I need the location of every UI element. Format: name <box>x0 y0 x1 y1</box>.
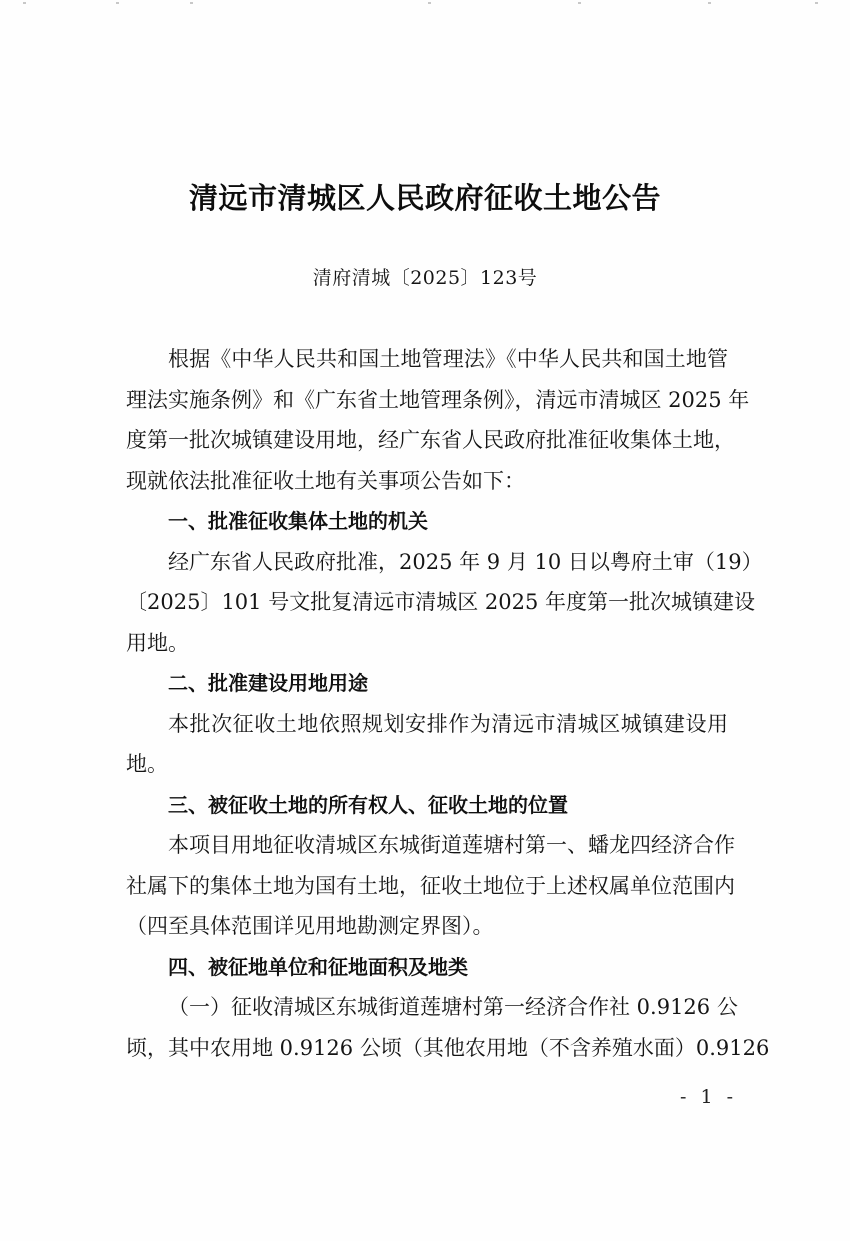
section-2-line: 本批次征收土地依照规划安排作为清远市清城区城镇建设用 <box>126 704 728 745</box>
scan-speck <box>578 2 581 4</box>
section-heading-2: 二、批准建设用地用途 <box>126 663 728 704</box>
page-number: - 1 - <box>680 1086 737 1108</box>
intro-line: 现就依法批准征收土地有关事项公告如下： <box>126 461 728 502</box>
section-heading-3: 三、被征收土地的所有权人、征收土地的位置 <box>126 785 728 826</box>
section-heading-4: 四、被征地单位和征地面积及地类 <box>126 947 728 988</box>
section-2-line: 地。 <box>126 744 728 785</box>
section-1-line: 〔2025〕101 号文批复清远市清城区 2025 年度第一批次城镇建设 <box>126 582 728 623</box>
scan-artifacts <box>0 0 850 8</box>
section-3-line: 本项目用地征收清城区东城街道莲塘村第一、蟠龙四经济合作 <box>126 825 728 866</box>
section-4-line: （一）征收清城区东城街道莲塘村第一经济合作社 0.9126 公 <box>126 987 728 1028</box>
scan-speck <box>428 2 431 4</box>
scan-speck <box>116 2 119 4</box>
section-3-line: （四至具体范围详见用地勘测定界图）。 <box>126 906 728 947</box>
section-heading-1: 一、批准征收集体土地的机关 <box>126 501 728 542</box>
scan-speck <box>815 2 818 4</box>
intro-line: 理法实施条例》和《广东省土地管理条例》，清远市清城区 2025 年 <box>126 380 728 421</box>
scan-speck <box>23 2 26 4</box>
section-1-line: 用地。 <box>126 623 728 664</box>
section-4-line: 顷，其中农用地 0.9126 公顷（其他农用地（不含养殖水面）0.9126 <box>126 1028 728 1069</box>
intro-line: 根据《中华人民共和国土地管理法》《中华人民共和国土地管 <box>126 339 728 380</box>
document-number: 清府清城〔2025〕123号 <box>0 263 850 290</box>
section-3-line: 社属下的集体土地为国有土地，征收土地位于上述权属单位范围内 <box>126 866 728 907</box>
scan-speck <box>190 2 193 4</box>
intro-line: 度第一批次城镇建设用地，经广东省人民政府批准征收集体土地， <box>126 420 728 461</box>
section-1-line: 经广东省人民政府批准，2025 年 9 月 10 日以粤府土审（19） <box>126 542 728 583</box>
document-body: 根据《中华人民共和国土地管理法》《中华人民共和国土地管 理法实施条例》和《广东省… <box>126 339 728 1068</box>
document-page: 清远市清城区人民政府征收土地公告 清府清城〔2025〕123号 根据《中华人民共… <box>0 0 850 1241</box>
scan-speck <box>708 2 711 4</box>
document-title: 清远市清城区人民政府征收土地公告 <box>0 176 850 217</box>
